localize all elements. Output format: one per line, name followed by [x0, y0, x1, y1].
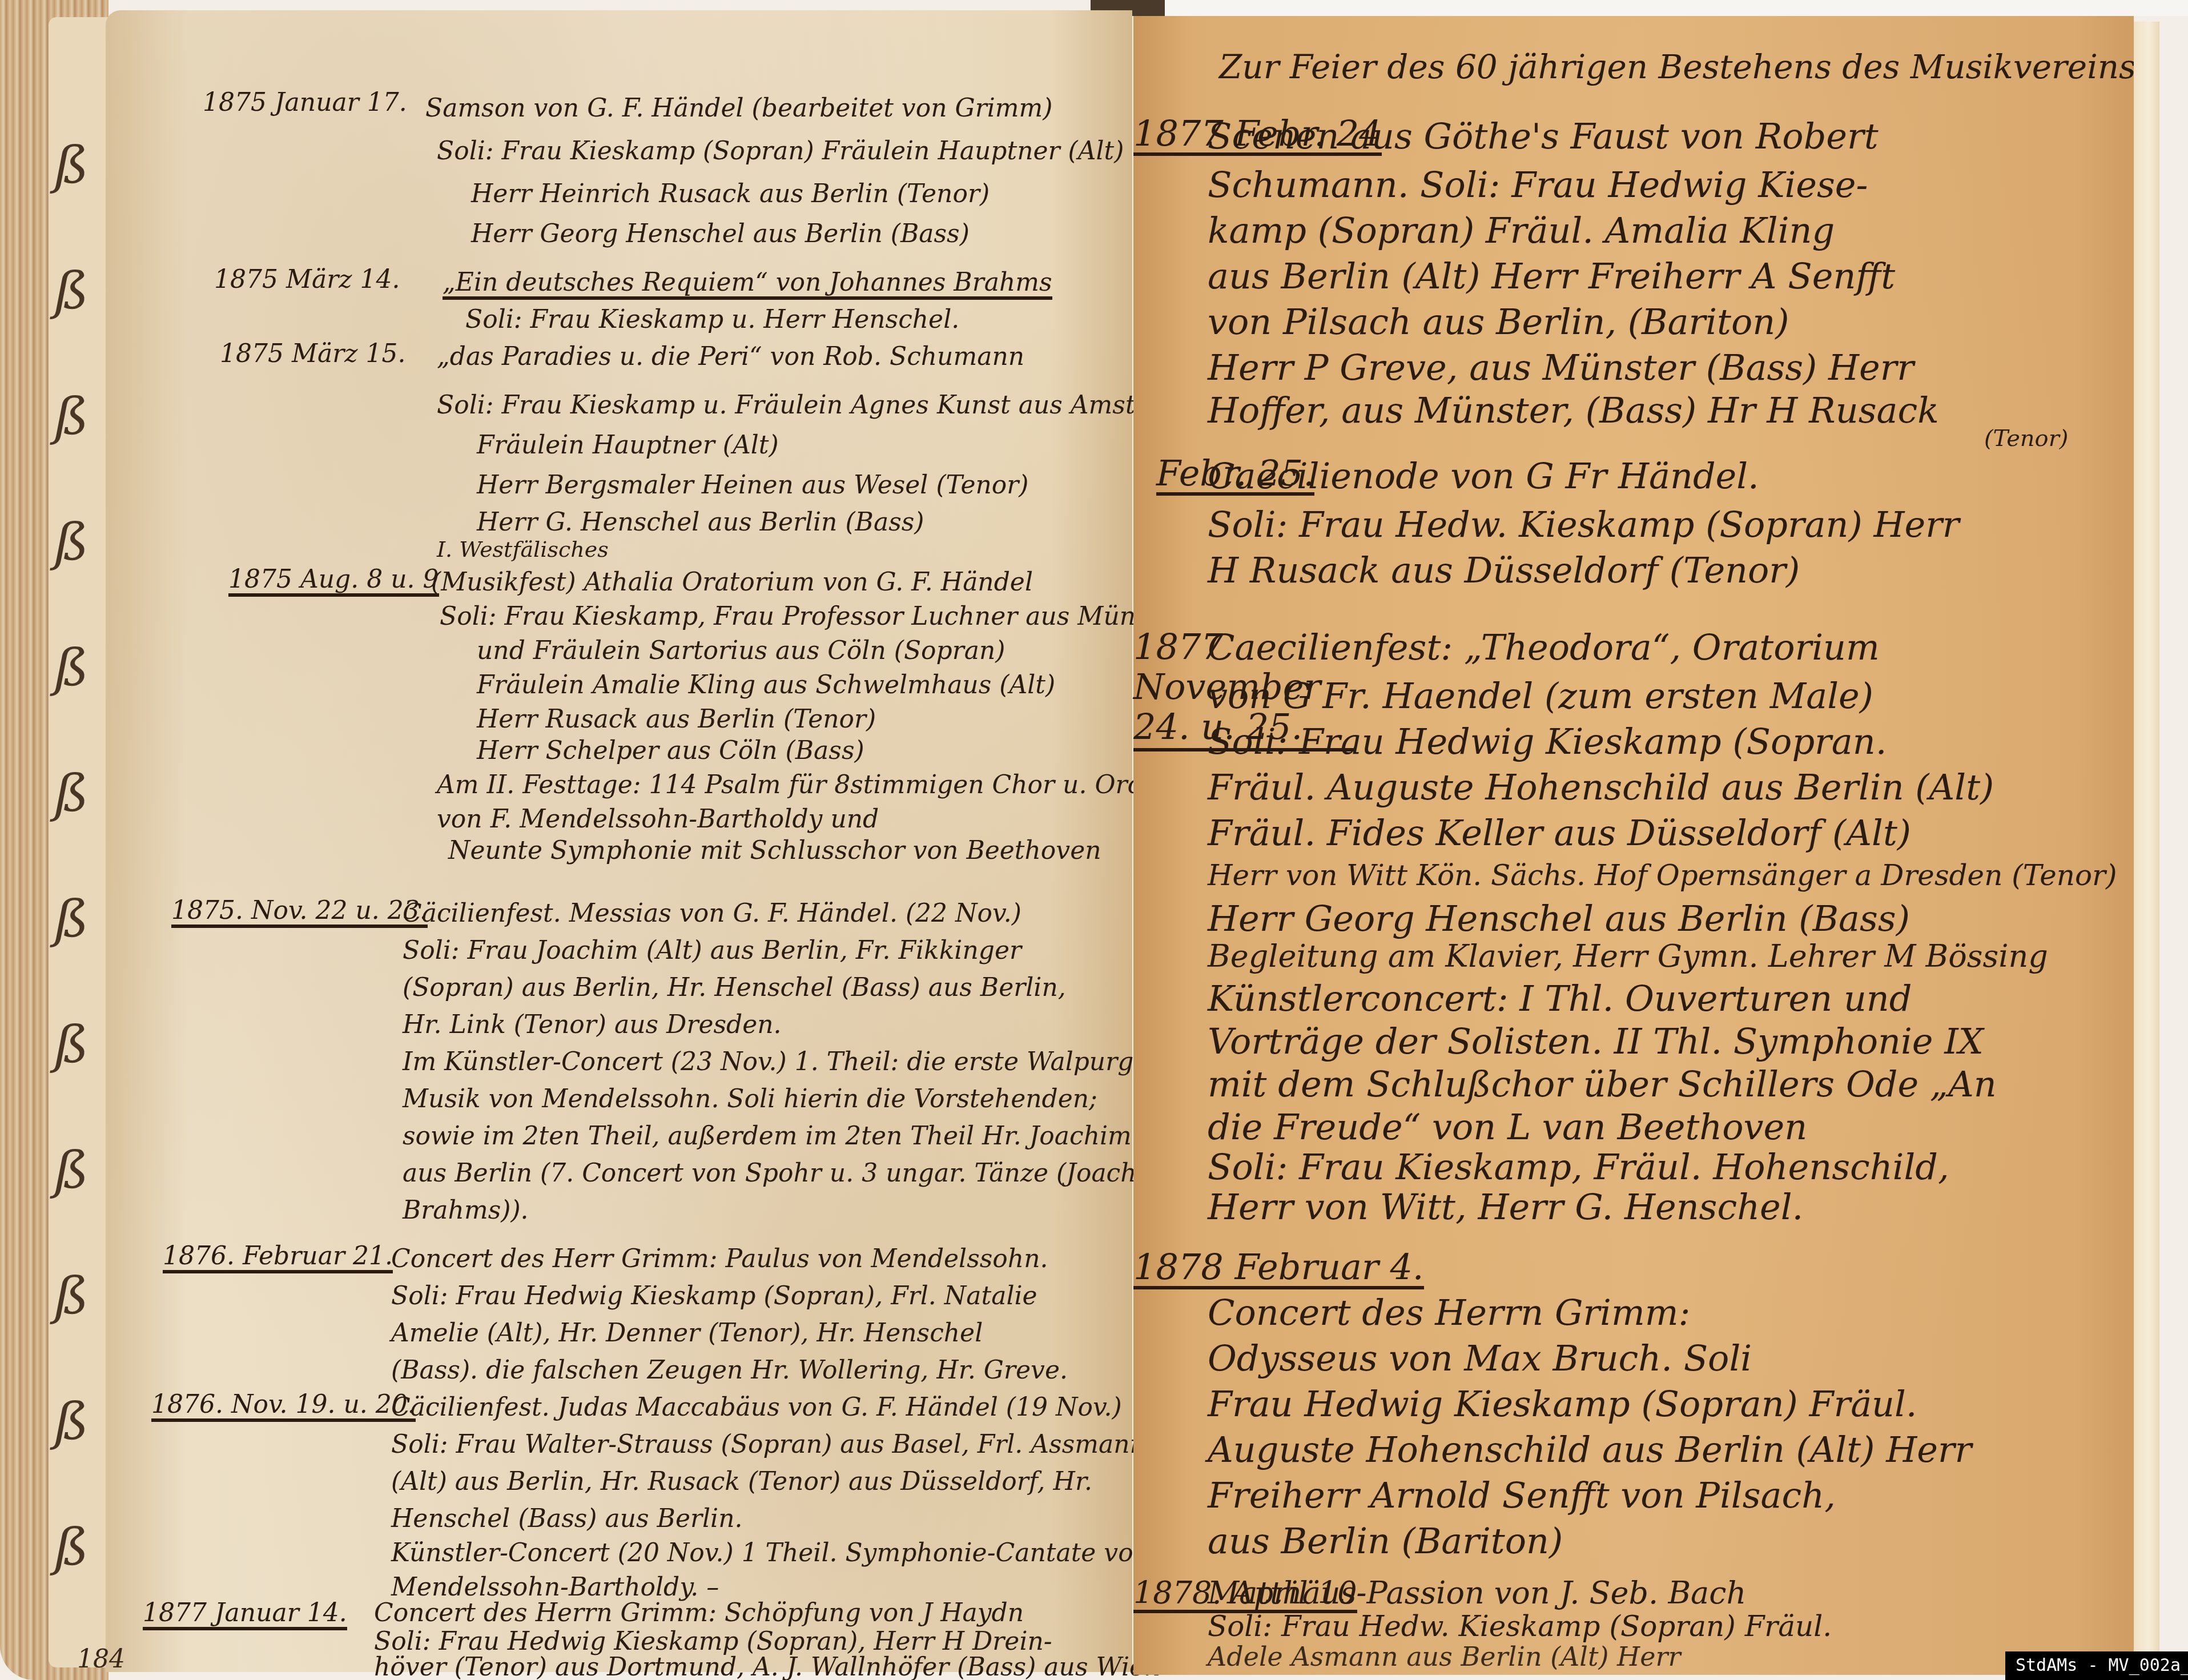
- entry-date: 1875 Aug. 8 u. 9: [228, 567, 439, 597]
- entry-line: aus Berlin (Bariton): [1208, 1524, 1563, 1559]
- entry-line: „Ein deutsches Requiem“ von Johannes Bra…: [443, 270, 1052, 300]
- entry-line: Hoffer, aus Münster, (Bass) Hr H Rusack: [1208, 393, 1939, 428]
- entry-line: Soli: Frau Hedw. Kieskamp (Sopran) Fräul…: [1208, 1612, 1832, 1641]
- entry-line: Herr Heinrich Rusack aus Berlin (Tenor): [471, 182, 990, 207]
- entry-line: mit dem Schlußchor über Schillers Ode „A…: [1208, 1067, 1997, 1102]
- entry-line: Caecilienfest: „Theodora“, Oratorium: [1208, 630, 1880, 665]
- entry-line: Hr. Link (Tenor) aus Dresden.: [403, 1012, 782, 1038]
- entry-line: Soli: Frau Hedwig Kieskamp (Sopran), Frl…: [391, 1284, 1037, 1309]
- entry-line: Begleitung am Klavier, Herr Gymn. Lehrer…: [1208, 941, 2048, 972]
- entry-line: Herr G. Henschel aus Berlin (Bass): [477, 510, 924, 535]
- entry-line: von F. Mendelssohn-Bartholdy und: [437, 807, 879, 832]
- page-edge: [2134, 22, 2159, 1672]
- entry-line: aus Berlin (Alt) Herr Freiherr A Senfft: [1208, 259, 1895, 294]
- entry-line: Odysseus von Max Bruch. Soli: [1208, 1341, 1752, 1376]
- entry-line: (Musikfest) Athalia Oratorium von G. F. …: [431, 570, 1033, 595]
- entry-line: Concert des Herrn Grimm: Schöpfung von J…: [374, 1601, 1024, 1626]
- background-strip: [1133, 0, 2188, 16]
- entry-line: Herr Rusack aus Berlin (Tenor): [477, 707, 876, 732]
- entry-line: Scenen aus Göthe's Faust von Robert: [1208, 119, 1879, 154]
- entry-line: aus Berlin (7. Concert von Spohr u. 3 un…: [403, 1161, 1177, 1186]
- entry-line: Herr Georg Henschel aus Berlin (Bass): [1208, 901, 1910, 937]
- entry-line: Soli: Frau Kieskamp, Frau Professor Luch…: [440, 604, 1185, 629]
- entry-line: Soli: Frau Kieskamp u. Herr Henschel.: [465, 307, 959, 332]
- right-page: Zur Feier des 60 jährigen Bestehens des …: [1133, 16, 2134, 1675]
- entry-line: Fräul. Fides Keller aus Düsseldorf (Alt): [1208, 815, 1911, 851]
- entry-line: Am II. Festtage: 114 Psalm für 8stimmige…: [437, 773, 1222, 798]
- entry-line: kamp (Sopran) Fräul. Amalia Kling: [1208, 213, 1835, 248]
- entry-line: (Sopran) aus Berlin, Hr. Henschel (Bass)…: [403, 975, 1066, 1000]
- entry-line: Adele Asmann aus Berlin (Alt) Herr: [1208, 1643, 1680, 1670]
- entry-note: I. Westfälisches: [437, 538, 609, 560]
- entry-line: Neunte Symphonie mit Schlusschor von Bee…: [448, 838, 1101, 863]
- entry-line: Matthäus-Passion von J. Seb. Bach: [1208, 1578, 1746, 1609]
- entry-line: (Bass). die falschen Zeugen Hr. Wollerin…: [391, 1358, 1068, 1383]
- entry-date: 1876. Februar 21.: [163, 1244, 393, 1273]
- entry-line: Künstlerconcert: I Thl. Ouverturen und: [1208, 981, 1912, 1016]
- entry-date: 1875. Nov. 22 u. 23.: [171, 898, 428, 928]
- entry-line: „das Paradies u. die Peri“ von Rob. Schu…: [437, 344, 1024, 369]
- entry-line: Herr Bergsmaler Heinen aus Wesel (Tenor): [477, 473, 1029, 498]
- entry-date: 1875 Januar 17.: [203, 90, 407, 115]
- entry-line: und Fräulein Sartorius aus Cöln (Sopran): [477, 638, 1005, 664]
- entry-line: Herr Georg Henschel aus Berlin (Bass): [471, 222, 970, 247]
- entry-line: Amelie (Alt), Hr. Denner (Tenor), Hr. He…: [391, 1321, 983, 1346]
- entry-date: 1875 März 14.: [214, 267, 400, 292]
- entry-line: (Alt) aus Berlin, Hr. Rusack (Tenor) aus…: [391, 1469, 1092, 1494]
- entry-line: Soli: Frau Hedwig Kieskamp (Sopran), Her…: [374, 1629, 1052, 1654]
- entry-line: Herr P Greve, aus Münster (Bass) Herr: [1208, 350, 1914, 385]
- entry-line: Vorträge der Solisten. II Thl. Symphonie…: [1208, 1024, 1984, 1059]
- margin-scribbles: ßßßßßßßßßßßß: [54, 103, 106, 1610]
- entry-line: Freiherr Arnold Senfft von Pilsach,: [1208, 1478, 1836, 1513]
- entry-date: 1876. Nov. 19. u. 20.: [151, 1392, 416, 1422]
- entry-line: Soli: Frau Kieskamp (Sopran) Fräulein Ha…: [437, 139, 1124, 164]
- entry-line: Herr Schelper aus Cöln (Bass): [477, 738, 864, 763]
- entry-line: Mendelssohn-Bartholdy. –: [391, 1575, 719, 1600]
- entry-date: 1875 März 15.: [220, 341, 405, 367]
- entry-line: Herr von Witt, Herr G. Henschel.: [1208, 1189, 1803, 1225]
- entry-line: Soli: Frau Walter-Strauss (Sopran) aus B…: [391, 1432, 1146, 1457]
- entry-line: Soli: Frau Hedw. Kieskamp (Sopran) Herr: [1208, 507, 1959, 542]
- entry-line: H Rusack aus Düsseldorf (Tenor): [1208, 553, 1800, 588]
- entry-line: von Pilsach aus Berlin, (Bariton): [1208, 304, 1789, 340]
- entry-line: Fräul. Auguste Hohenschild aus Berlin (A…: [1208, 770, 1994, 805]
- margin-page-number: 184: [77, 1645, 125, 1674]
- entry-line: Henschel (Bass) aus Berlin.: [391, 1506, 742, 1532]
- entry-line: von G Fr. Haendel (zum ersten Male): [1208, 678, 1873, 714]
- entry-line: Concert des Herrn Grimm:: [1208, 1295, 1690, 1331]
- entry-line: (Tenor): [1984, 427, 2068, 450]
- entry-line: sowie im 2ten Theil, außerdem im 2ten Th…: [403, 1124, 1132, 1149]
- entry-line: Cäcilienfest. Judas Maccabäus von G. F. …: [391, 1395, 1122, 1420]
- entry-line: höver (Tenor) aus Dortmund, A. J. Wallnh…: [374, 1655, 1160, 1680]
- archive-label: StdAMs - MV_002a_366: [2005, 1651, 2188, 1680]
- entry-line: Künstler-Concert (20 Nov.) 1 Theil. Symp…: [391, 1541, 1179, 1566]
- left-page: 1875 Januar 17. Samson von G. F. Händel …: [106, 10, 1132, 1672]
- entry-line: Auguste Hohenschild aus Berlin (Alt) Her…: [1208, 1432, 1972, 1468]
- entry-line: Caecilienode von G Fr Händel.: [1208, 459, 1759, 494]
- entry-date: 1877 Januar 14.: [143, 1601, 347, 1630]
- entry-line: Herr von Witt Kön. Sächs. Hof Opernsänge…: [1208, 861, 2117, 890]
- entry-line: die Freude“ von L van Beethoven: [1208, 1110, 1807, 1145]
- entry-line: Fräulein Hauptner (Alt): [477, 433, 779, 458]
- entry-line: Brahms)).: [403, 1198, 529, 1223]
- page-header: Zur Feier des 60 jährigen Bestehens des …: [1219, 50, 2147, 83]
- entry-line: Im Künstler-Concert (23 Nov.) 1. Theil: …: [403, 1050, 1234, 1075]
- entry-line: Frau Hedwig Kieskamp (Sopran) Fräul.: [1208, 1386, 1917, 1422]
- entry-line: Soli: Frau Kieskamp, Fräul. Hohenschild,: [1208, 1150, 1949, 1185]
- entry-line: Concert des Herr Grimm: Paulus von Mende…: [391, 1247, 1048, 1272]
- entry-date: 1878 Februar 4.: [1133, 1249, 1424, 1289]
- entry-line: Fräulein Amalie Kling aus Schwelmhaus (A…: [477, 673, 1055, 698]
- entry-line: Cäcilienfest. Messias von G. F. Händel. …: [403, 901, 1021, 926]
- entry-line: Schumann. Soli: Frau Hedwig Kiese-: [1208, 167, 1868, 203]
- entry-line: Soli: Frau Hedwig Kieskamp (Sopran.: [1208, 724, 1887, 759]
- entry-line: Musik von Mendelssohn. Soli hierin die V…: [403, 1087, 1097, 1112]
- entry-line: Samson von G. F. Händel (bearbeitet von …: [425, 96, 1052, 121]
- entry-line: Soli: Frau Joachim (Alt) aus Berlin, Fr.…: [403, 938, 1021, 963]
